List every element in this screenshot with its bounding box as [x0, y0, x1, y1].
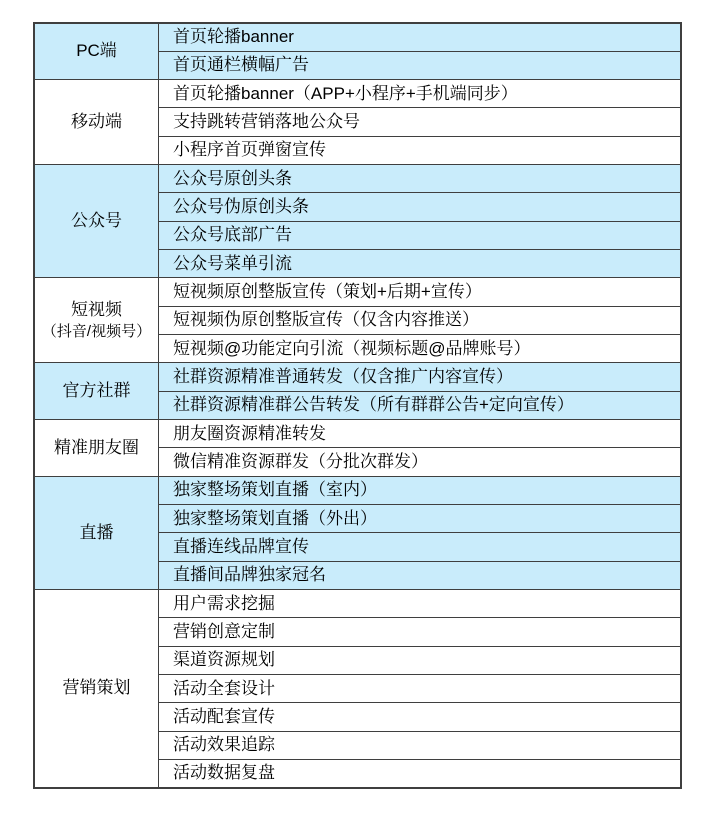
service-item-cell: 营销创意定制	[159, 618, 682, 646]
category-label: PC端	[36, 41, 157, 61]
category-cell: 营销策划	[34, 590, 159, 788]
category-label: 精准朋友圈	[36, 438, 157, 458]
category-label: 短视频	[36, 300, 157, 320]
table-row: 直播独家整场策划直播（室内）	[34, 476, 681, 504]
service-item-cell: 社群资源精准普通转发（仅含推广内容宣传）	[159, 363, 682, 391]
service-item-cell: 公众号底部广告	[159, 221, 682, 249]
service-item-cell: 独家整场策划直播（室内）	[159, 476, 682, 504]
category-cell: 短视频（抖音/视频号）	[34, 278, 159, 363]
service-item-cell: 微信精准资源群发（分批次群发）	[159, 448, 682, 476]
table-row: 营销策划用户需求挖掘	[34, 590, 681, 618]
marketing-services-table: PC端首页轮播banner首页通栏横幅广告移动端首页轮播banner（APP+小…	[33, 22, 682, 789]
service-item-cell: 首页轮播banner（APP+小程序+手机端同步）	[159, 80, 682, 108]
service-item-cell: 公众号原创头条	[159, 165, 682, 193]
service-item-cell: 短视频原创整版宣传（策划+后期+宣传）	[159, 278, 682, 306]
category-cell: 移动端	[34, 80, 159, 165]
table-row: 公众号公众号原创头条	[34, 165, 681, 193]
service-item-cell: 活动全套设计	[159, 675, 682, 703]
service-item-cell: 活动配套宣传	[159, 703, 682, 731]
table-row: 移动端首页轮播banner（APP+小程序+手机端同步）	[34, 80, 681, 108]
service-item-cell: 直播连线品牌宣传	[159, 533, 682, 561]
category-label: 直播	[36, 523, 157, 543]
table-body: PC端首页轮播banner首页通栏横幅广告移动端首页轮播banner（APP+小…	[34, 23, 681, 788]
service-item-cell: 支持跳转营销落地公众号	[159, 108, 682, 136]
service-item-cell: 社群资源精准群公告转发（所有群群公告+定向宣传）	[159, 391, 682, 419]
service-item-cell: 首页通栏横幅广告	[159, 51, 682, 79]
service-item-cell: 活动效果追踪	[159, 731, 682, 759]
service-item-cell: 直播间品牌独家冠名	[159, 561, 682, 589]
category-cell: 精准朋友圈	[34, 420, 159, 477]
service-item-cell: 公众号菜单引流	[159, 250, 682, 278]
service-item-cell: 短视频@功能定向引流（视频标题@品牌账号）	[159, 335, 682, 363]
category-cell: PC端	[34, 23, 159, 80]
category-label: （抖音/视频号）	[36, 323, 157, 341]
service-item-cell: 独家整场策划直播（外出）	[159, 505, 682, 533]
category-label: 官方社群	[36, 381, 157, 401]
service-item-cell: 小程序首页弹窗宣传	[159, 136, 682, 164]
category-cell: 公众号	[34, 165, 159, 278]
service-item-cell: 用户需求挖掘	[159, 590, 682, 618]
table-row: PC端首页轮播banner	[34, 23, 681, 51]
service-item-cell: 渠道资源规划	[159, 646, 682, 674]
table-row: 官方社群社群资源精准普通转发（仅含推广内容宣传）	[34, 363, 681, 391]
category-label: 移动端	[36, 112, 157, 132]
service-item-cell: 活动数据复盘	[159, 760, 682, 788]
marketing-services-table-wrap: PC端首页轮播banner首页通栏横幅广告移动端首页轮播banner（APP+小…	[33, 22, 682, 789]
service-item-cell: 短视频伪原创整版宣传（仅含内容推送）	[159, 306, 682, 334]
category-label: 公众号	[36, 211, 157, 231]
service-item-cell: 公众号伪原创头条	[159, 193, 682, 221]
table-row: 短视频（抖音/视频号）短视频原创整版宣传（策划+后期+宣传）	[34, 278, 681, 306]
table-row: 精准朋友圈朋友圈资源精准转发	[34, 420, 681, 448]
service-item-cell: 首页轮播banner	[159, 23, 682, 51]
category-cell: 直播	[34, 476, 159, 589]
category-cell: 官方社群	[34, 363, 159, 420]
service-item-cell: 朋友圈资源精准转发	[159, 420, 682, 448]
category-label: 营销策划	[36, 678, 157, 698]
